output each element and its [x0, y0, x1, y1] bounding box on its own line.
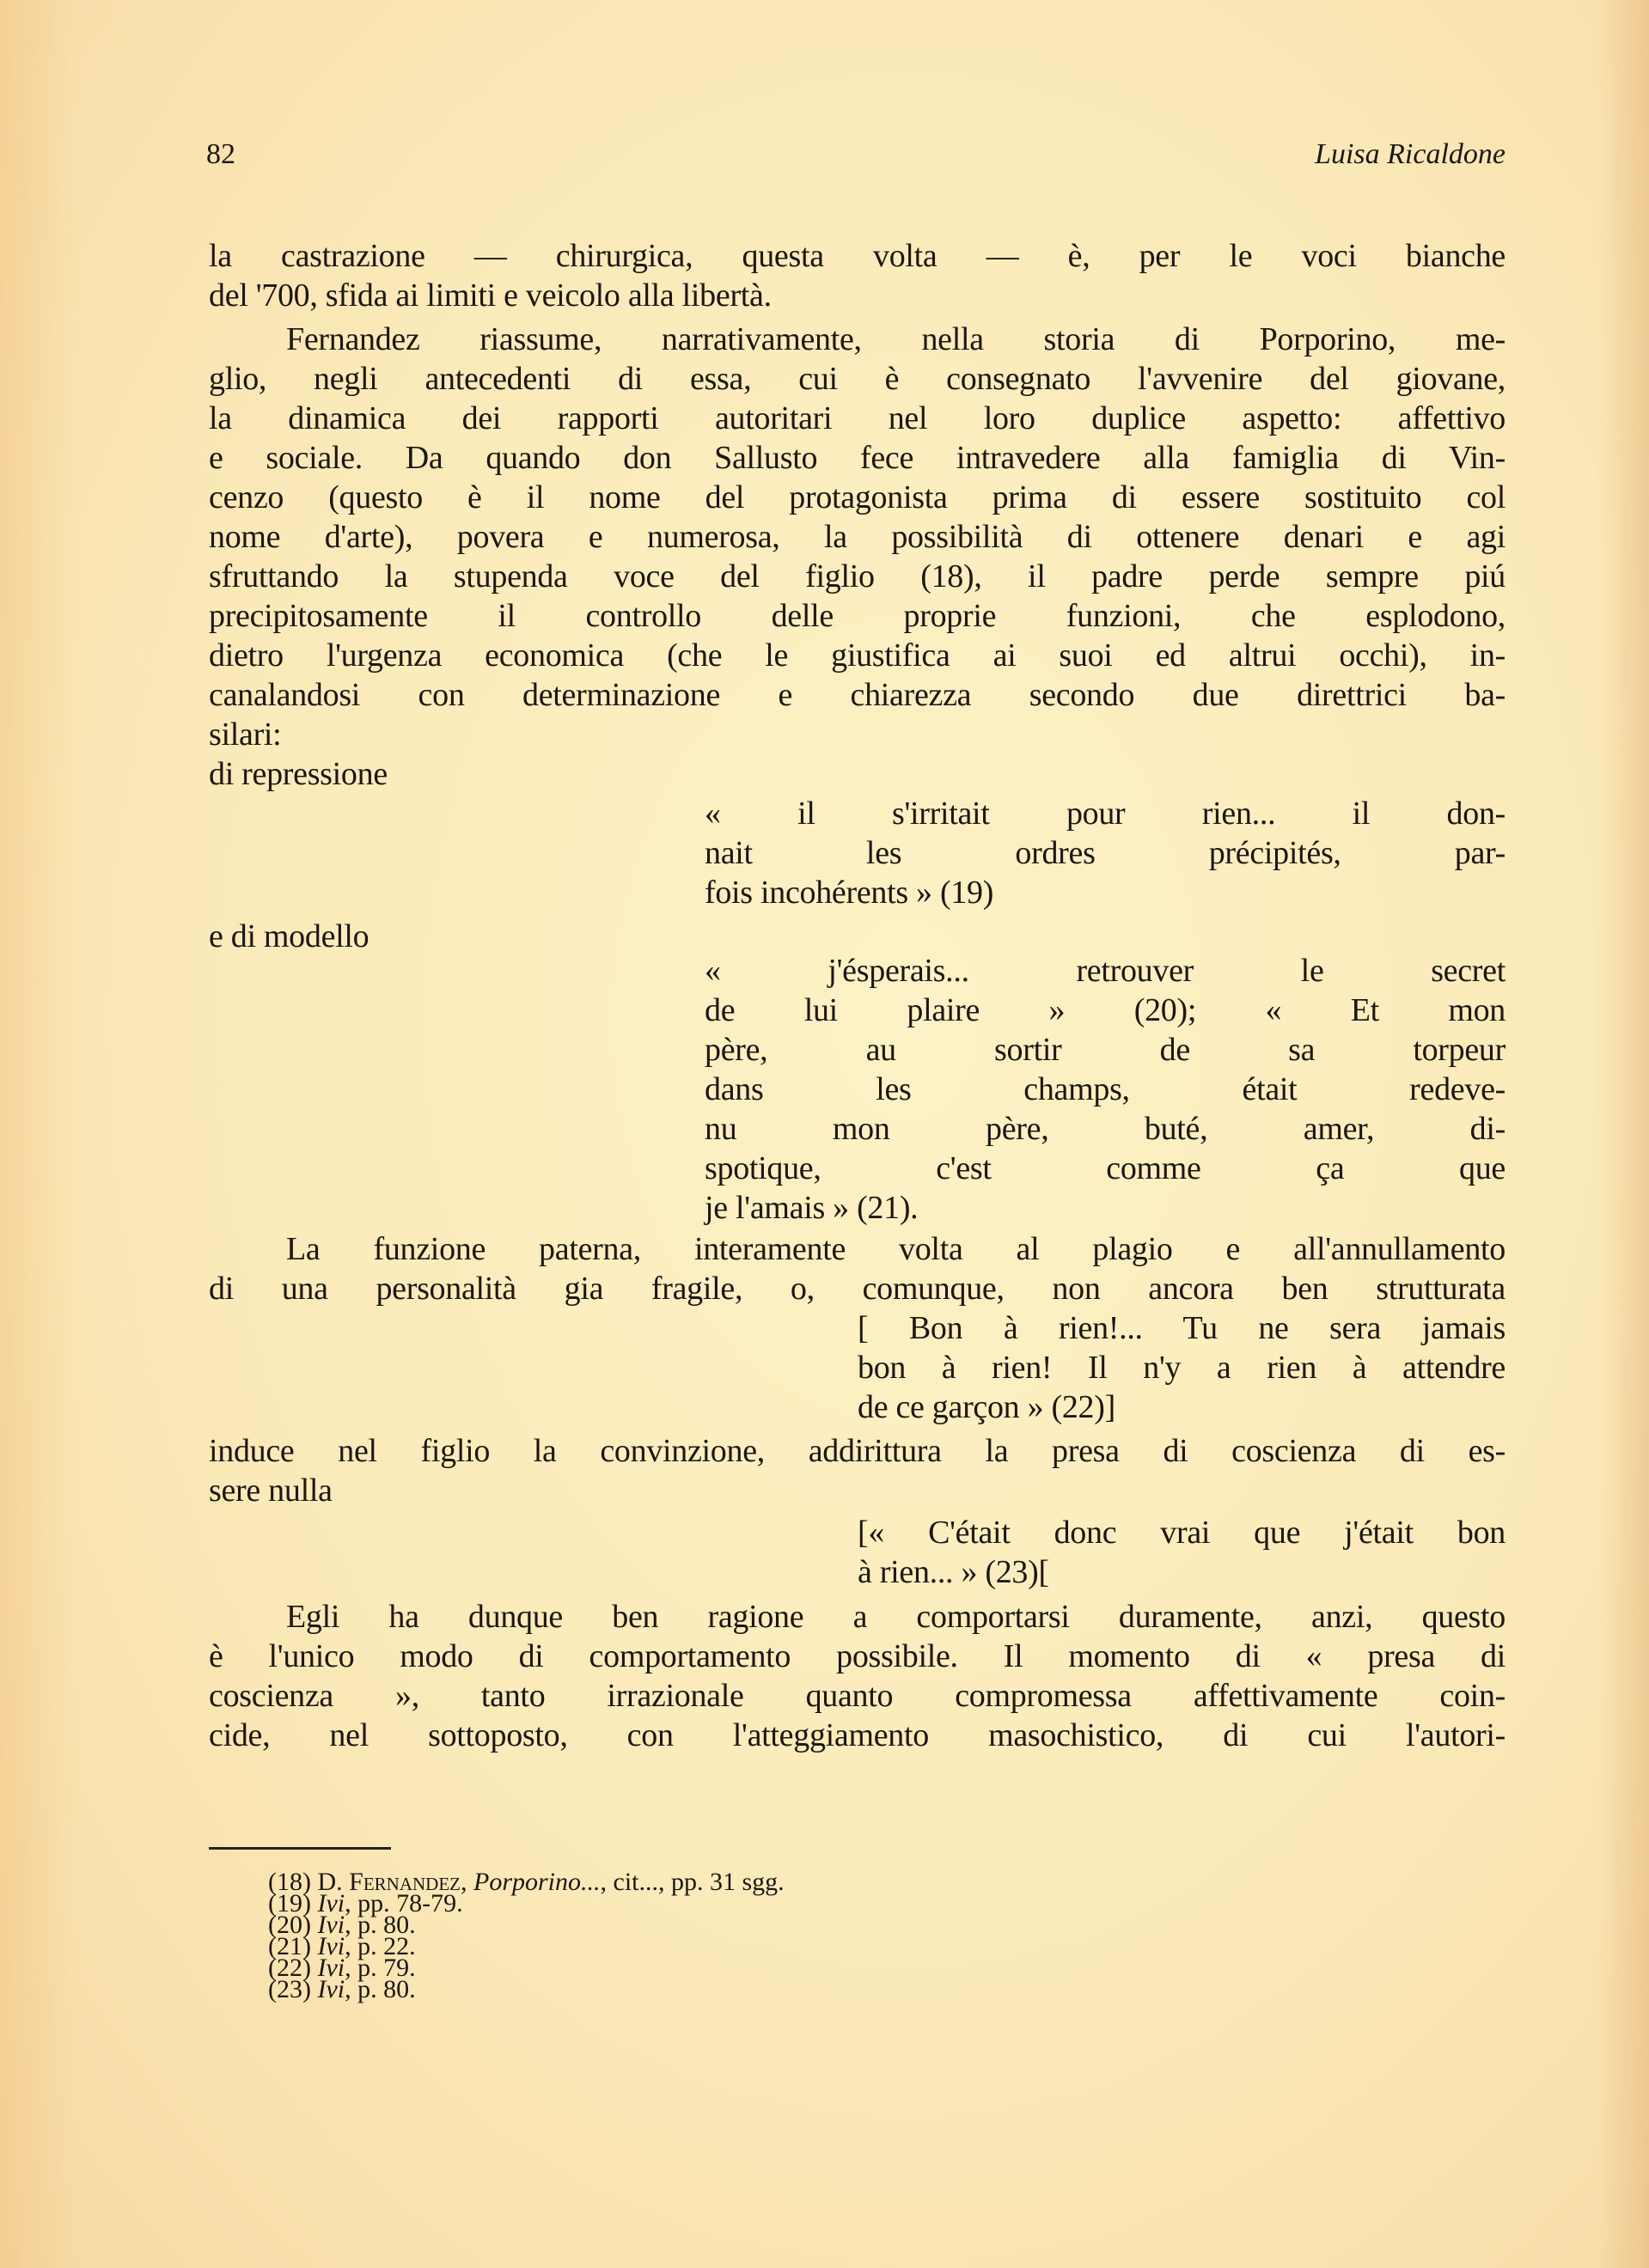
body-line: cenzo (questo è il nome del protagonista…: [209, 478, 1505, 517]
body-line: canalandosi con determinazione e chiarez…: [209, 675, 1505, 715]
quote-line: père, au sortir de sa torpeur: [705, 1030, 1505, 1070]
body-line: del '700, sfida ai limiti e veicolo alla…: [209, 276, 1505, 315]
body-line: sfruttando la stupenda voce del figlio (…: [209, 557, 1505, 596]
body-line: induce nel figlio la convinzione, addiri…: [209, 1431, 1505, 1471]
quote-line: de lui plaire » (20); « Et mon: [705, 991, 1505, 1030]
quote-line: [ Bon à rien!... Tu ne sera jamais: [858, 1308, 1505, 1348]
footnote-23: (23) Ivi, p. 80.: [268, 1978, 416, 2000]
book-page: 82 Luisa Ricaldone la castrazione — chir…: [0, 0, 1649, 2268]
footnote-separator: [209, 1847, 391, 1850]
body-line: sere nulla: [209, 1471, 1505, 1510]
running-head-author: Luisa Ricaldone: [1066, 137, 1505, 172]
quote-line: je l'amais » (21).: [705, 1188, 1505, 1228]
body-line: nome d'arte), povera e numerosa, la poss…: [209, 517, 1505, 557]
quote-line: nait les ordres précipités, par-: [705, 833, 1505, 873]
body-line: è l'unico modo di comportamento possibil…: [209, 1637, 1505, 1676]
body-line: la dinamica dei rapporti autoritari nel …: [209, 399, 1505, 438]
body-line: la castrazione — chirurgica, questa volt…: [209, 236, 1505, 276]
page-number: 82: [206, 137, 235, 172]
quote-line: dans les champs, était redeve-: [705, 1070, 1505, 1109]
body-line: La funzione paterna, interamente volta a…: [286, 1229, 1505, 1269]
quote-line: de ce garçon » (22)]: [858, 1387, 1505, 1427]
body-line: dietro l'urgenza economica (che le giust…: [209, 636, 1505, 675]
quote-line: fois incohérents » (19): [705, 873, 1505, 912]
body-line: silari:: [209, 715, 1505, 754]
body-line: Fernandez riassume, narrativamente, nell…: [286, 320, 1505, 359]
quote-line: à rien... » (23)[: [858, 1552, 1505, 1592]
body-line: e sociale. Da quando don Sallusto fece i…: [209, 438, 1505, 478]
quote-line: « j'ésperais... retrouver le secret: [705, 951, 1505, 991]
body-line: precipitosamente il controllo delle prop…: [209, 596, 1505, 636]
quote-line: bon à rien! Il n'y a rien à attendre: [858, 1348, 1505, 1387]
body-line: glio, negli antecedenti di essa, cui è c…: [209, 359, 1505, 399]
label-repression: di repressione: [209, 754, 1505, 794]
body-line: cide, nel sottoposto, con l'atteggiament…: [209, 1716, 1505, 1755]
quote-line: spotique, c'est comme ça que: [705, 1149, 1505, 1188]
quote-line: nu mon père, buté, amer, di-: [705, 1109, 1505, 1149]
body-line: coscienza », tanto irrazionale quanto co…: [209, 1676, 1505, 1716]
quote-line: « il s'irritait pour rien... il don-: [705, 794, 1505, 833]
body-line: di una personalità gia fragile, o, comun…: [209, 1269, 1505, 1308]
quote-line: [« C'était donc vrai que j'était bon: [858, 1513, 1505, 1552]
body-line: Egli ha dunque ben ragione a comportarsi…: [286, 1597, 1505, 1637]
